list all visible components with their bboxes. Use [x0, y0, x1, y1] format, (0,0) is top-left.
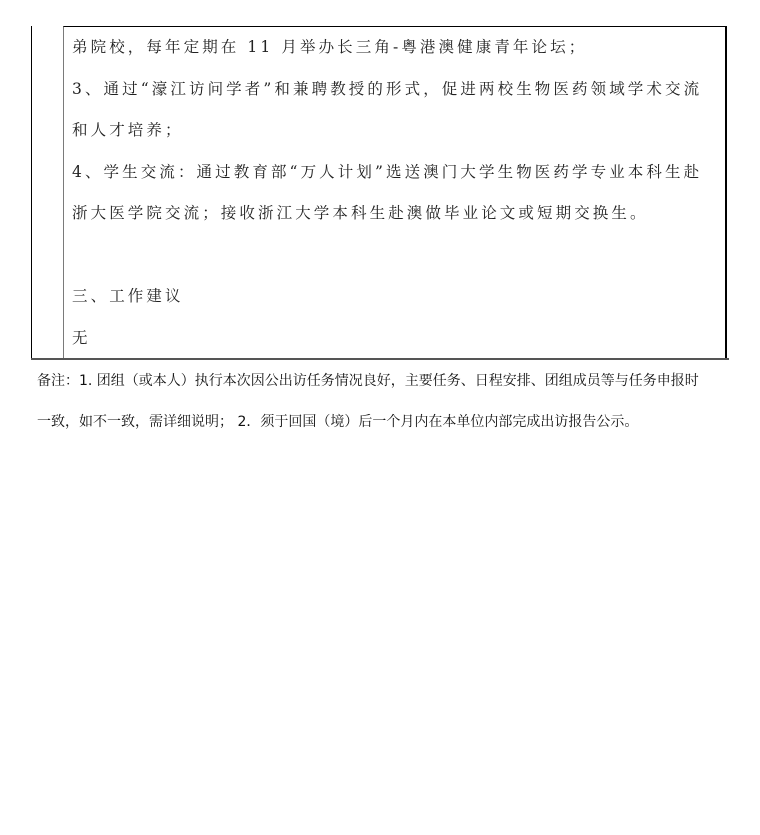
report-content: 弟院校，每年定期在 11 月举办长三角-粤港澳健康青年论坛； 3、通过“濠江访问…: [72, 27, 722, 359]
footnote-line-2: 一致，如不一致，需详细说明； 2．须于回国（境）后一个月内在本单位内部完成出访报…: [37, 402, 737, 443]
section-body: 无: [72, 318, 722, 360]
content-line: 弟院校，每年定期在 11 月举办长三角-粤港澳健康青年论坛；: [72, 27, 722, 69]
content-line: 4、学生交流：通过教育部“万人计划”选送澳门大学生物医药学专业本科生赴: [72, 152, 722, 194]
content-line: 3、通过“濠江访问学者”和兼聘教授的形式，促进两校生物医药领域学术交流: [72, 69, 722, 111]
footnote-line-1: 备注：1. 团组（或本人）执行本次因公出访任务情况良好，主要任务、日程安排、团组…: [37, 361, 737, 402]
footnote: 备注：1. 团组（或本人）执行本次因公出访任务情况良好，主要任务、日程安排、团组…: [37, 361, 737, 443]
blank-line: [72, 235, 722, 277]
content-line: 浙大医学院交流；接收浙江大学本科生赴澳做毕业论文或短期交换生。: [72, 193, 722, 235]
section-heading: 三、工作建议: [72, 276, 722, 318]
table-label-cell: [32, 26, 63, 359]
content-line: 和人才培养；: [72, 110, 722, 152]
